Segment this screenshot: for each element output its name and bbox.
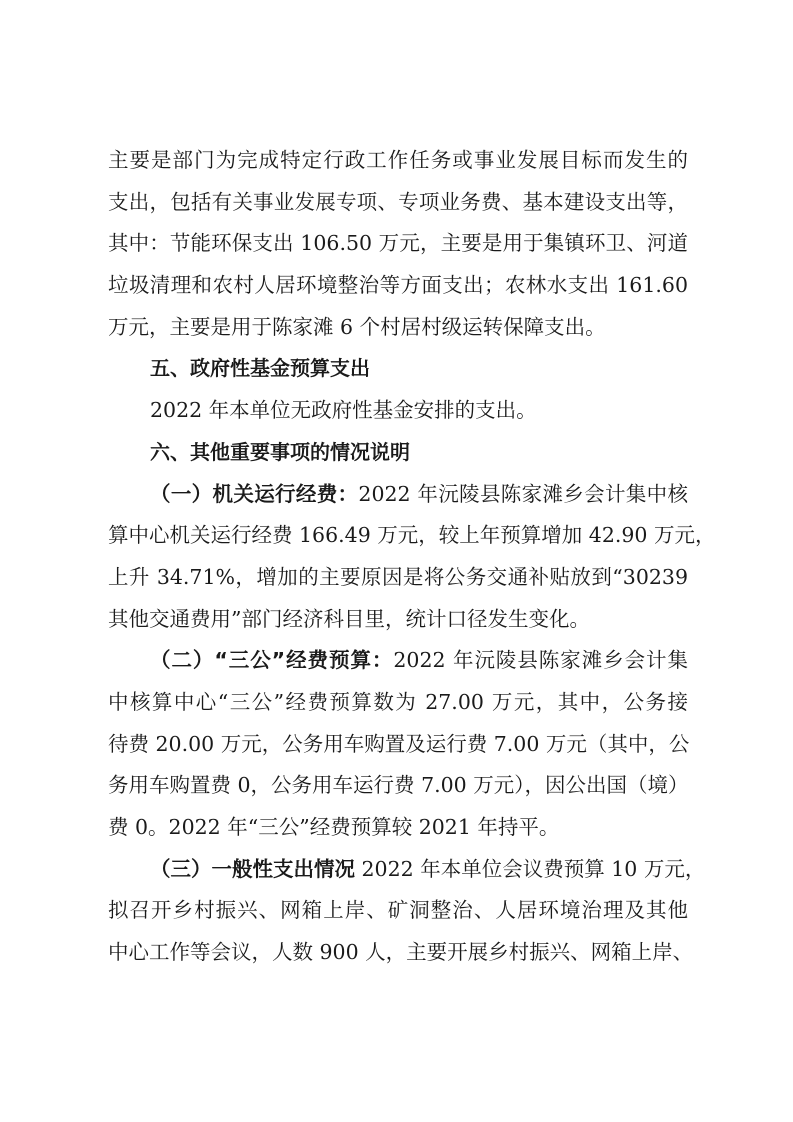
body-line: 支出，包括有关事业发展专项、专项业务费、基本建设支出等， bbox=[108, 182, 688, 224]
body-line: 其他交通费用”部门经济科目里，统计口径发生变化。 bbox=[108, 599, 688, 641]
body-line: 拟召开乡村振兴、网箱上岸、矿洞整治、人居环境治理及其他 bbox=[108, 890, 688, 932]
body-line: 费 0。2022 年“三公”经费预算较 2021 年持平。 bbox=[108, 807, 688, 849]
body-line: 算中心机关运行经费 166.49 万元，较上年预算增加 42.90 万元， bbox=[108, 515, 688, 557]
item-2-label: （二）“三公”经费预算： bbox=[150, 648, 393, 672]
section-heading-5: 五、政府性基金预算支出 bbox=[108, 348, 688, 390]
body-line: 其中：节能环保支出 106.50 万元，主要是用于集镇环卫、河道 bbox=[108, 223, 688, 265]
item-1-text: 2022 年沅陵县陈家滩乡会计集中核 bbox=[358, 482, 688, 506]
item-3-text: 2022 年本单位会议费预算 10 万元， bbox=[355, 857, 705, 881]
body-line: 垃圾清理和农村人居环境整治等方面支出；农林水支出 161.60 bbox=[108, 265, 688, 307]
body-line: 务用车购置费 0，公务用车运行费 7.00 万元），因公出国（境） bbox=[108, 765, 688, 807]
section-5-text: 2022 年本单位无政府性基金安排的支出。 bbox=[108, 390, 688, 432]
body-line: 万元，主要是用于陈家滩 6 个村居村级运转保障支出。 bbox=[108, 307, 688, 349]
item-3-first-line: （三）一般性支出情况 2022 年本单位会议费预算 10 万元， bbox=[108, 849, 688, 891]
section-heading-6: 六、其他重要事项的情况说明 bbox=[108, 432, 688, 474]
item-1-first-line: （一）机关运行经费：2022 年沅陵县陈家滩乡会计集中核 bbox=[108, 474, 688, 516]
item-3-label: （三）一般性支出情况 bbox=[150, 857, 355, 881]
document-page: 主要是部门为完成特定行政工作任务或事业发展目标而发生的 支出，包括有关事业发展专… bbox=[108, 140, 688, 974]
body-line: 中核算中心“三公”经费预算数为 27.00 万元，其中，公务接 bbox=[108, 682, 688, 724]
item-2-text: 2022 年沅陵县陈家滩乡会计集 bbox=[393, 648, 688, 672]
body-line: 上升 34.71%，增加的主要原因是将公务交通补贴放到“30239 bbox=[108, 557, 688, 599]
item-2-first-line: （二）“三公”经费预算：2022 年沅陵县陈家滩乡会计集 bbox=[108, 640, 688, 682]
item-1-label: （一）机关运行经费： bbox=[150, 482, 358, 506]
body-line: 主要是部门为完成特定行政工作任务或事业发展目标而发生的 bbox=[108, 140, 688, 182]
body-line: 待费 20.00 万元，公务用车购置及运行费 7.00 万元（其中，公 bbox=[108, 724, 688, 766]
body-line: 中心工作等会议，人数 900 人，主要开展乡村振兴、网箱上岸、 bbox=[108, 932, 688, 974]
